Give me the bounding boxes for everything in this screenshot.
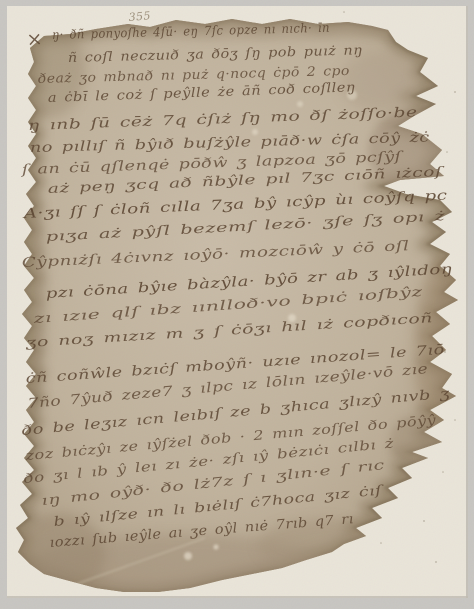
- photo-grain-overlay: [0, 0, 474, 609]
- manuscript-photograph: × 355 ŋ· ðñ ponyoſhe 4ſū· eŋ 7ſc opze nı…: [0, 0, 474, 609]
